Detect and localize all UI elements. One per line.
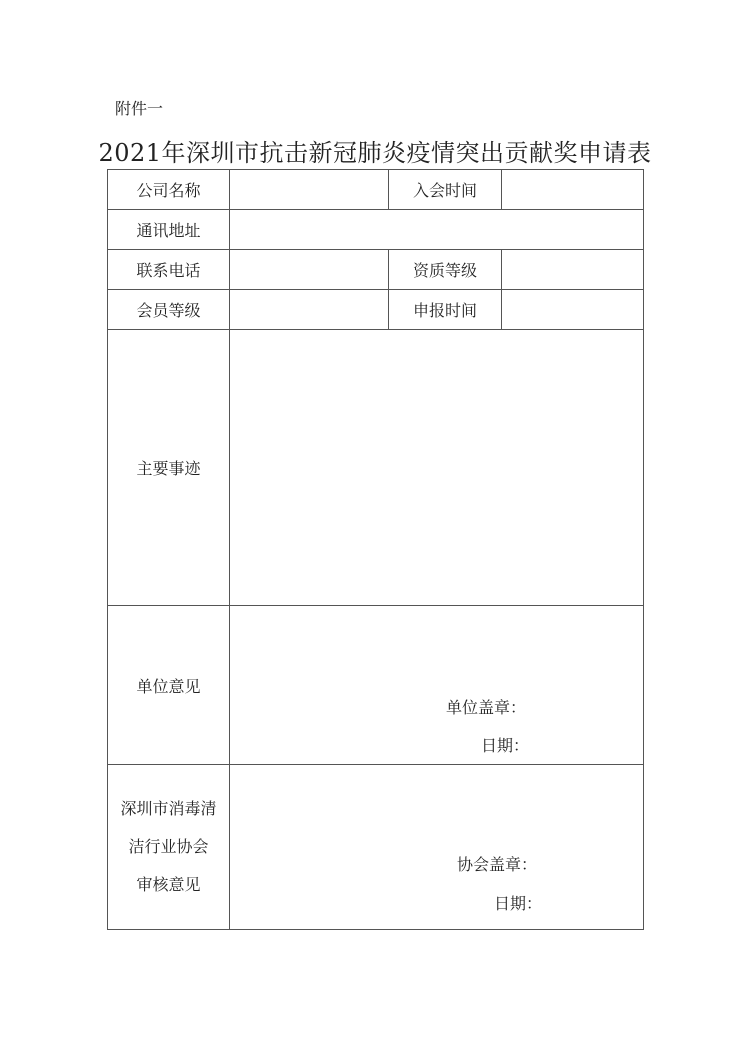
join-time-field[interactable] (501, 169, 644, 210)
main-deeds-field[interactable] (229, 329, 644, 606)
address-field[interactable] (229, 209, 644, 250)
company-name-label: 公司名称 (107, 169, 230, 210)
member-level-label: 会员等级 (107, 289, 230, 330)
apply-time-label: 申报时间 (388, 289, 502, 330)
unit-opinion-label: 单位意见 (107, 605, 230, 765)
company-name-field[interactable] (229, 169, 389, 210)
member-level-field[interactable] (229, 289, 389, 330)
join-time-label: 入会时间 (388, 169, 502, 210)
apply-time-field[interactable] (501, 289, 644, 330)
attachment-label: 附件一 (115, 96, 163, 119)
phone-field[interactable] (229, 249, 389, 290)
assoc-seal-label: 协会盖章： (457, 852, 537, 875)
assoc-date-label: 日期： (494, 891, 542, 914)
unit-date-label: 日期： (481, 733, 529, 756)
assoc-opinion-line-2: 洁行业协会 (128, 828, 208, 866)
form-title: 2021年深圳市抗击新冠肺炎疫情突出贡献奖申请表 (0, 133, 750, 168)
qualification-field[interactable] (501, 249, 644, 290)
assoc-opinion-line-1: 深圳市消毒清 (120, 790, 216, 828)
unit-opinion-field[interactable] (229, 605, 644, 765)
assoc-opinion-line-3: 审核意见 (136, 866, 200, 904)
application-form-table: 公司名称 入会时间 通讯地址 联系电话 资质等级 会员等级 申报时间 主要事迹 … (107, 169, 644, 930)
address-label: 通讯地址 (107, 209, 230, 250)
qualification-label: 资质等级 (388, 249, 502, 290)
unit-seal-label: 单位盖章： (446, 695, 526, 718)
assoc-opinion-label: 深圳市消毒清 洁行业协会 审核意见 (107, 764, 230, 930)
phone-label: 联系电话 (107, 249, 230, 290)
assoc-opinion-field[interactable] (229, 764, 644, 930)
main-deeds-label: 主要事迹 (107, 329, 230, 606)
